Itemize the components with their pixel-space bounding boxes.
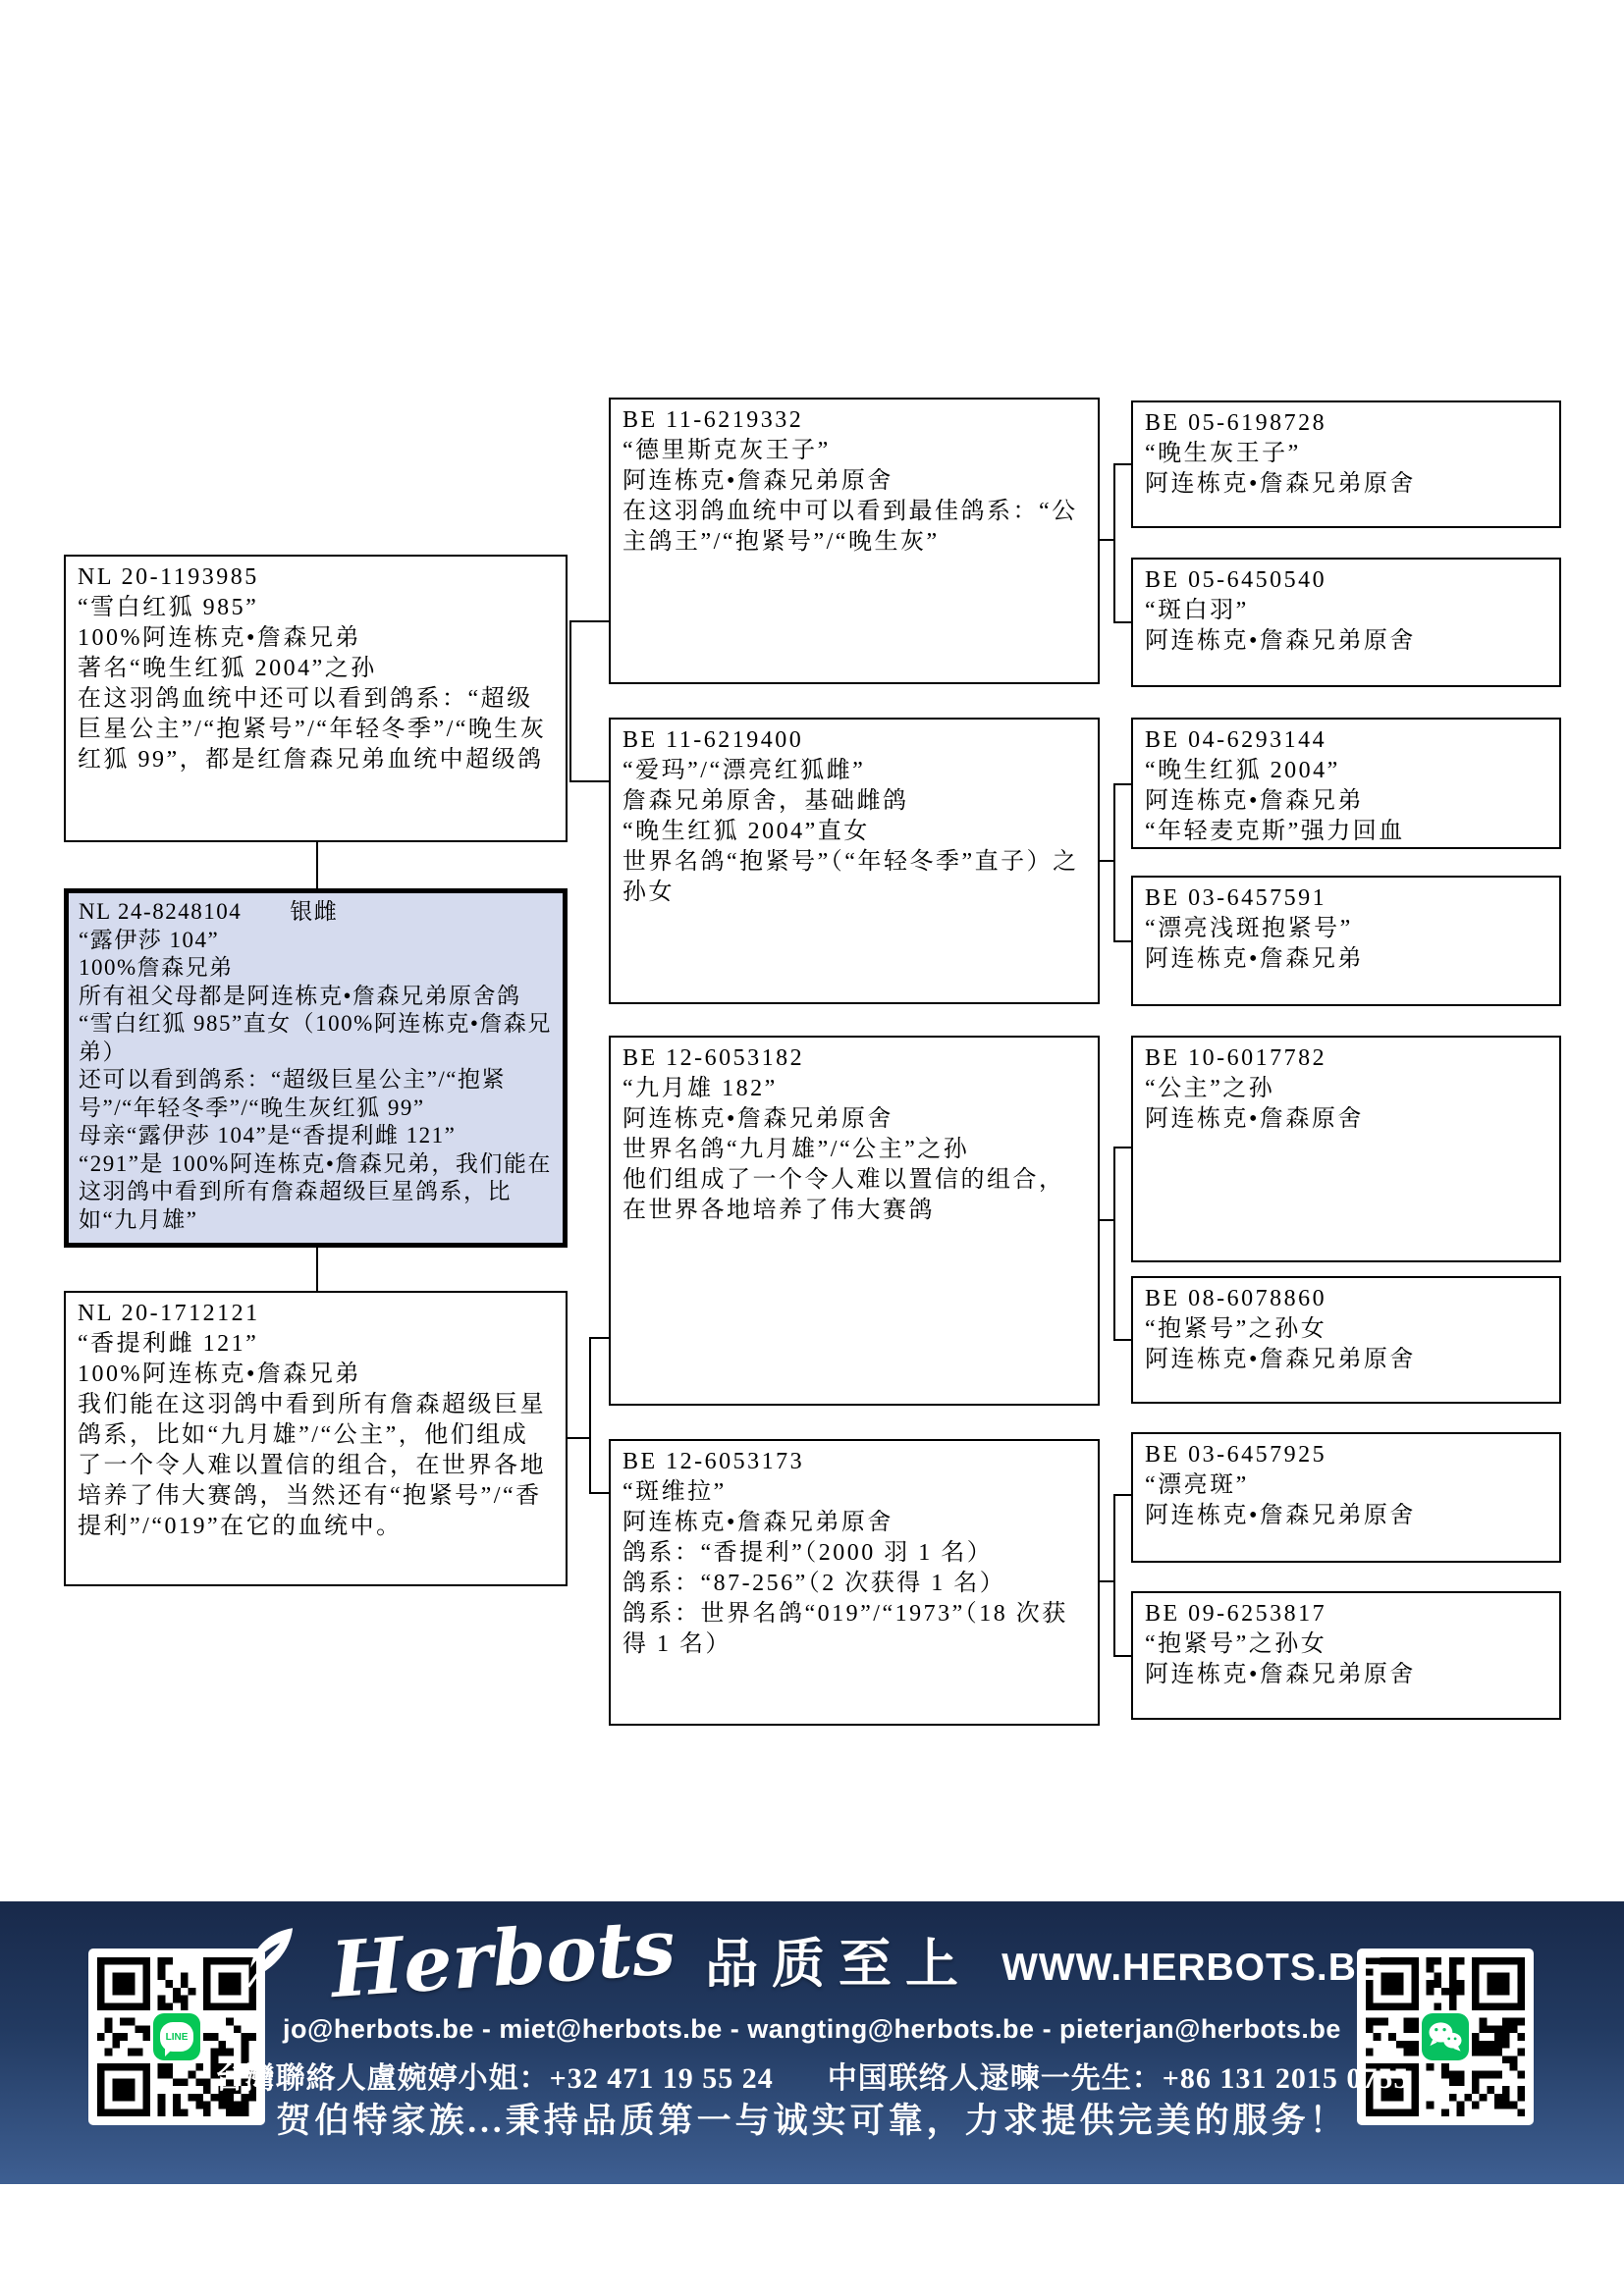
text-line: 詹森兄弟原舍，基础雌鸽 [623, 786, 1086, 817]
ring-number: BE 12-6053182 [623, 1043, 1086, 1074]
text-line: 世界名鸽“抱紧号”（“年轻冬季”直子）之孙女 [623, 847, 1086, 908]
pigeon-name: “漂亮斑” [1145, 1470, 1547, 1501]
ring-number: BE 03-6457925 [1145, 1440, 1547, 1470]
text-line: 著名“晚生红狐 2004”之孙 [78, 654, 554, 684]
pedigree-box-ggp-6: BE 08-6078860 “抱紧号”之孙女 阿连栋克•詹森兄弟原舍 [1131, 1276, 1561, 1404]
brand-row: Herbots 品质至上 WWW.HERBOTS.BE [0, 1921, 1624, 1998]
connector-line [1113, 783, 1131, 785]
text-line: 鸽系：世界名鸽“019”/“1973”（18 次获得 1 名） [623, 1599, 1086, 1660]
ring-number: BE 11-6219400 [623, 725, 1086, 756]
connector-line [1113, 621, 1131, 623]
website-url: WWW.HERBOTS.BE [1001, 1947, 1383, 1990]
pigeon-name: “公主”之孙 [1145, 1074, 1547, 1104]
footer-banner: LINE [0, 1901, 1624, 2184]
pedigree-box-grandsire-1: BE 11-6219332 “德里斯克灰王子” 阿连栋克•詹森兄弟原舍 在这羽鸽… [609, 398, 1100, 684]
contact-taiwan: 台灣聯絡人盧婉婷小姐：+32 471 19 55 24 [215, 2062, 774, 2095]
ring-number: BE 03-6457591 [1145, 883, 1547, 914]
connector-line [568, 1437, 591, 1439]
connector-line [1113, 783, 1115, 942]
connector-line [1113, 1494, 1131, 1496]
text-line: 100%阿连栋克•詹森兄弟 [78, 623, 554, 654]
feather-icon [237, 1923, 306, 1997]
pigeon-name: “九月雄 182” [623, 1074, 1086, 1104]
text-line: 阿连栋克•詹森兄弟原舍 [1145, 626, 1547, 657]
pedigree-box-ggp-7: BE 03-6457925 “漂亮斑” 阿连栋克•詹森兄弟原舍 [1131, 1432, 1561, 1563]
connector-line [1113, 1655, 1131, 1657]
ring-number: NL 24-8248104 银雌 [79, 898, 553, 927]
text-line: 阿连栋克•詹森原舍 [1145, 1104, 1547, 1135]
connector-line [316, 1248, 318, 1291]
connector-line [1113, 463, 1131, 465]
ring-number: BE 05-6198728 [1145, 408, 1547, 439]
text-line: 阿连栋克•詹森兄弟原舍 [1145, 1501, 1547, 1531]
pedigree-box-ggp-1: BE 05-6198728 “晚生灰王子” 阿连栋克•詹森兄弟原舍 [1131, 400, 1561, 528]
text-line: 世界名鸽“九月雄”/“公主”之孙 [623, 1135, 1086, 1165]
pigeon-name: “抱紧号”之孙女 [1145, 1629, 1547, 1660]
connector-line [1113, 1494, 1115, 1657]
pigeon-name: “雪白红狐 985” [78, 593, 554, 623]
ring-number: BE 04-6293144 [1145, 725, 1547, 756]
contact-emails: jo@herbots.be - miet@herbots.be - wangti… [0, 2014, 1624, 2045]
pedigree-box-ggp-4: BE 03-6457591 “漂亮浅斑抱紧号” 阿连栋克•詹森兄弟 [1131, 876, 1561, 1006]
ring-number: BE 08-6078860 [1145, 1284, 1547, 1314]
pedigree-box-ggp-2: BE 05-6450540 “斑白羽” 阿连栋克•詹森兄弟原舍 [1131, 558, 1561, 687]
ring-number: BE 12-6053173 [623, 1447, 1086, 1477]
pedigree-box-ggp-3: BE 04-6293144 “晚生红狐 2004” 阿连栋克•詹森兄弟 “年轻麦… [1131, 718, 1561, 849]
text-line: 在这羽鸽血统中可以看到最佳鸽系：“公主鸽王”/“抱紧号”/“晚生灰” [623, 497, 1086, 558]
text-line: 鸽系：“87-256”（2 次获得 1 名） [623, 1569, 1086, 1599]
text-line: 100%詹森兄弟 [79, 954, 553, 983]
text-line: 鸽系：“香提利”（2000 羽 1 名） [623, 1538, 1086, 1569]
text-line: 阿连栋克•詹森兄弟原舍 [1145, 1660, 1547, 1690]
text-line: 所有祖父母都是阿连栋克•詹森兄弟原舍鸽 [79, 983, 553, 1011]
ring-number: BE 09-6253817 [1145, 1599, 1547, 1629]
connector-line [589, 1492, 609, 1494]
text-line: 阿连栋克•詹森兄弟原舍 [623, 1508, 1086, 1538]
text-line: “291”是 100%阿连栋克•詹森兄弟，我们能在这羽鸽中看到所有詹森超级巨星鸽… [79, 1150, 553, 1235]
pedigree-box-dam: NL 20-1712121 “香提利雌 121” 100%阿连栋克•詹森兄弟 我… [64, 1291, 568, 1586]
text-line: 阿连栋克•詹森兄弟原舍 [623, 466, 1086, 497]
connector-line [1113, 1147, 1115, 1341]
connector-line [589, 1337, 609, 1339]
connector-line [316, 842, 318, 888]
pigeon-name: “斑维拉” [623, 1477, 1086, 1508]
pigeon-name: “抱紧号”之孙女 [1145, 1314, 1547, 1345]
pedigree-box-subject: NL 24-8248104 银雌 “露伊莎 104” 100%詹森兄弟 所有祖父… [64, 888, 568, 1248]
pedigree-box-ggp-5: BE 10-6017782 “公主”之孙 阿连栋克•詹森原舍 [1131, 1036, 1561, 1262]
text-line: 他们组成了一个令人难以置信的组合，在世界各地培养了伟大赛鸽 [623, 1165, 1086, 1226]
connector-line [569, 620, 609, 622]
connector-line [569, 620, 571, 782]
pedigree-box-ggp-8: BE 09-6253817 “抱紧号”之孙女 阿连栋克•詹森兄弟原舍 [1131, 1591, 1561, 1720]
ring-number: BE 10-6017782 [1145, 1043, 1547, 1074]
connector-line [589, 1337, 591, 1494]
brand-slogan: 品质至上 [705, 1922, 972, 1998]
ring-number: BE 05-6450540 [1145, 565, 1547, 596]
pedigree-box-granddam-1: BE 11-6219400 “爱玛”/“漂亮红狐雌” 詹森兄弟原舍，基础雌鸽 “… [609, 718, 1100, 1004]
text-line: 阿连栋克•詹森兄弟原舍 [1145, 1345, 1547, 1375]
pigeon-name: “漂亮浅斑抱紧号” [1145, 914, 1547, 944]
connector-line [1113, 940, 1131, 942]
pigeon-name: “香提利雌 121” [78, 1329, 554, 1360]
pigeon-name: “露伊莎 104” [79, 927, 553, 955]
text-line: 阿连栋克•詹森兄弟原舍 [1145, 469, 1547, 500]
text-line: 在这羽鸽血统中还可以看到鸽系：“超级巨星公主”/“抱紧号”/“年轻冬季”/“晚生… [78, 684, 554, 775]
brand-logo: Herbots [329, 1909, 678, 2009]
text-line: 阿连栋克•詹森兄弟 [1145, 944, 1547, 975]
ring-number: NL 20-1712121 [78, 1299, 554, 1329]
ring-number: BE 11-6219332 [623, 405, 1086, 436]
pigeon-name: “斑白羽” [1145, 596, 1547, 626]
pigeon-name: “晚生红狐 2004” [1145, 756, 1547, 786]
text-line: “雪白红狐 985”直女（100%阿连栋克•詹森兄弟） [79, 1010, 553, 1066]
text-line: 100%阿连栋克•詹森兄弟 [78, 1360, 554, 1390]
pedigree-box-sire: NL 20-1193985 “雪白红狐 985” 100%阿连栋克•詹森兄弟 著… [64, 555, 568, 842]
connector-line [1113, 463, 1115, 623]
connector-line [1113, 1147, 1131, 1148]
pedigree-page: NL 20-1193985 “雪白红狐 985” 100%阿连栋克•詹森兄弟 著… [0, 0, 1624, 2296]
text-line: 母亲“露伊莎 104”是“香提利雌 121” [79, 1122, 553, 1150]
pigeon-name: “爱玛”/“漂亮红狐雌” [623, 756, 1086, 786]
text-line: “晚生红狐 2004”直女 [623, 817, 1086, 847]
connector-line [569, 780, 609, 782]
pigeon-name: “晚生灰王子” [1145, 439, 1547, 469]
contact-china: 中国联络人逯暕一先生：+86 131 2015 0755 [828, 2062, 1410, 2095]
pigeon-name: “德里斯克灰王子” [623, 436, 1086, 466]
text-line: 我们能在这羽鸽中看到所有詹森超级巨星鸽系，比如“九月雄”/“公主”，他们组成了一… [78, 1390, 554, 1542]
footer-tagline: 贺伯特家族...秉持品质第一与诚实可靠，力求提供完美的服务！ [0, 2094, 1624, 2143]
contact-phones: 台灣聯絡人盧婉婷小姐：+32 471 19 55 24中国联络人逯暕一先生：+8… [0, 2054, 1624, 2097]
text-line: 阿连栋克•詹森兄弟 [1145, 786, 1547, 817]
text-line: “年轻麦克斯”强力回血 [1145, 817, 1547, 847]
ring-number: NL 20-1193985 [78, 562, 554, 593]
pedigree-box-grandsire-2: BE 12-6053182 “九月雄 182” 阿连栋克•詹森兄弟原舍 世界名鸽… [609, 1036, 1100, 1406]
text-line: 还可以看到鸽系：“超级巨星公主”/“抱紧号”/“年轻冬季”/“晚生灰红狐 99” [79, 1066, 553, 1122]
text-line: 阿连栋克•詹森兄弟原舍 [623, 1104, 1086, 1135]
pedigree-box-granddam-2: BE 12-6053173 “斑维拉” 阿连栋克•詹森兄弟原舍 鸽系：“香提利”… [609, 1439, 1100, 1726]
connector-line [1113, 1339, 1131, 1341]
